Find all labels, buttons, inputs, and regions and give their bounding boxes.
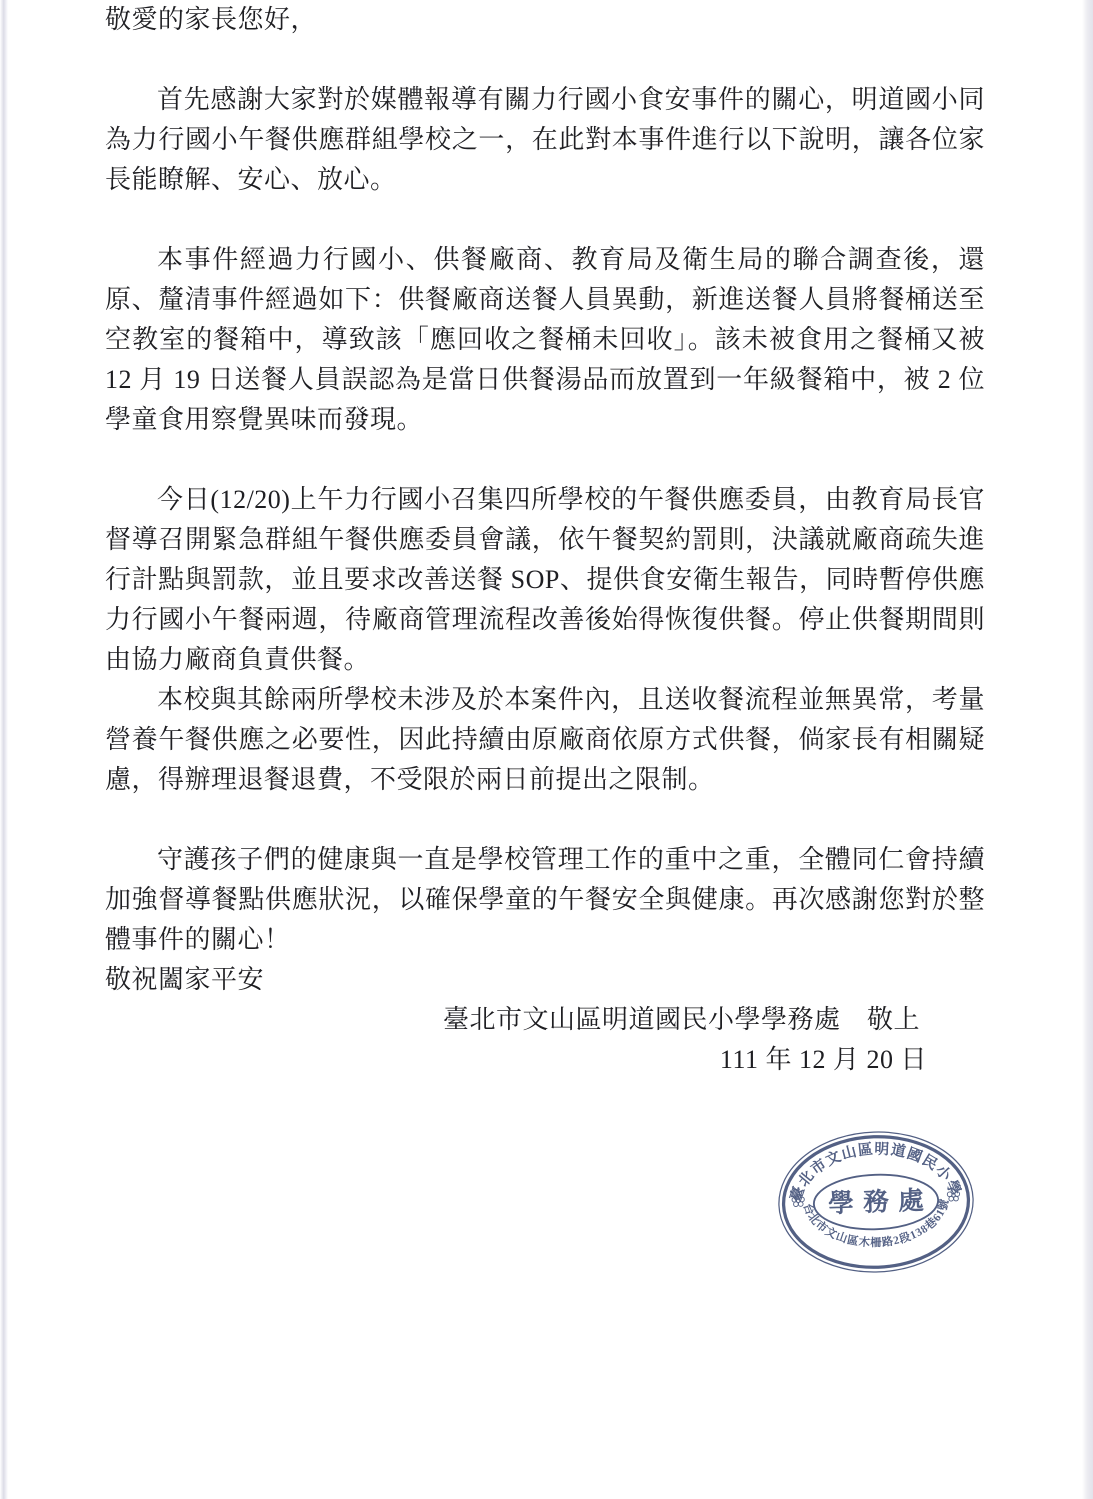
page-right-edge — [1082, 0, 1093, 1499]
letter-paragraph: 今日(12/20)上午力行國小召集四所學校的午餐供應委員，由教育局長官督導召開緊… — [105, 480, 985, 680]
letter-closing: 敬祝闔家平安 — [105, 960, 985, 1000]
letter-page: 敬愛的家長您好， 首先感謝大家對於媒體報導有關力行國小食安事件的關心，明道國小同… — [0, 0, 1093, 1499]
letter-paragraph: 首先感謝大家對於媒體報導有關力行國小食安事件的關心，明道國小同為力行國小午餐供應… — [105, 80, 985, 200]
stamp-office-name: 學務處 — [828, 1186, 934, 1219]
letter-paragraph: 守護孩子們的健康與一直是學校管理工作的重中之重，全體同仁會持續加強督導餐點供應狀… — [105, 840, 985, 960]
letter-signoff: 臺北市文山區明道國民小學學務處 敬上 — [105, 1000, 985, 1040]
letter-paragraph: 本校與其餘兩所學校未涉及於本案件內，且送收餐流程並無異常，考量營養午餐供應之必要… — [105, 680, 985, 800]
letter-body: 敬愛的家長您好， 首先感謝大家對於媒體報導有關力行國小食安事件的關心，明道國小同… — [105, 0, 985, 1080]
school-office-stamp: 臺北市文山區明道國民小學 台北市文山區木柵路2段138巷61號 學務處 — [772, 1125, 979, 1280]
letter-greeting: 敬愛的家長您好， — [105, 0, 985, 40]
page-left-edge — [0, 0, 8, 1499]
letter-date: 111 年 12 月 20 日 — [105, 1040, 985, 1080]
letter-paragraph: 本事件經過力行國小、供餐廠商、教育局及衛生局的聯合調查後，還原、釐清事件經過如下… — [105, 240, 985, 440]
